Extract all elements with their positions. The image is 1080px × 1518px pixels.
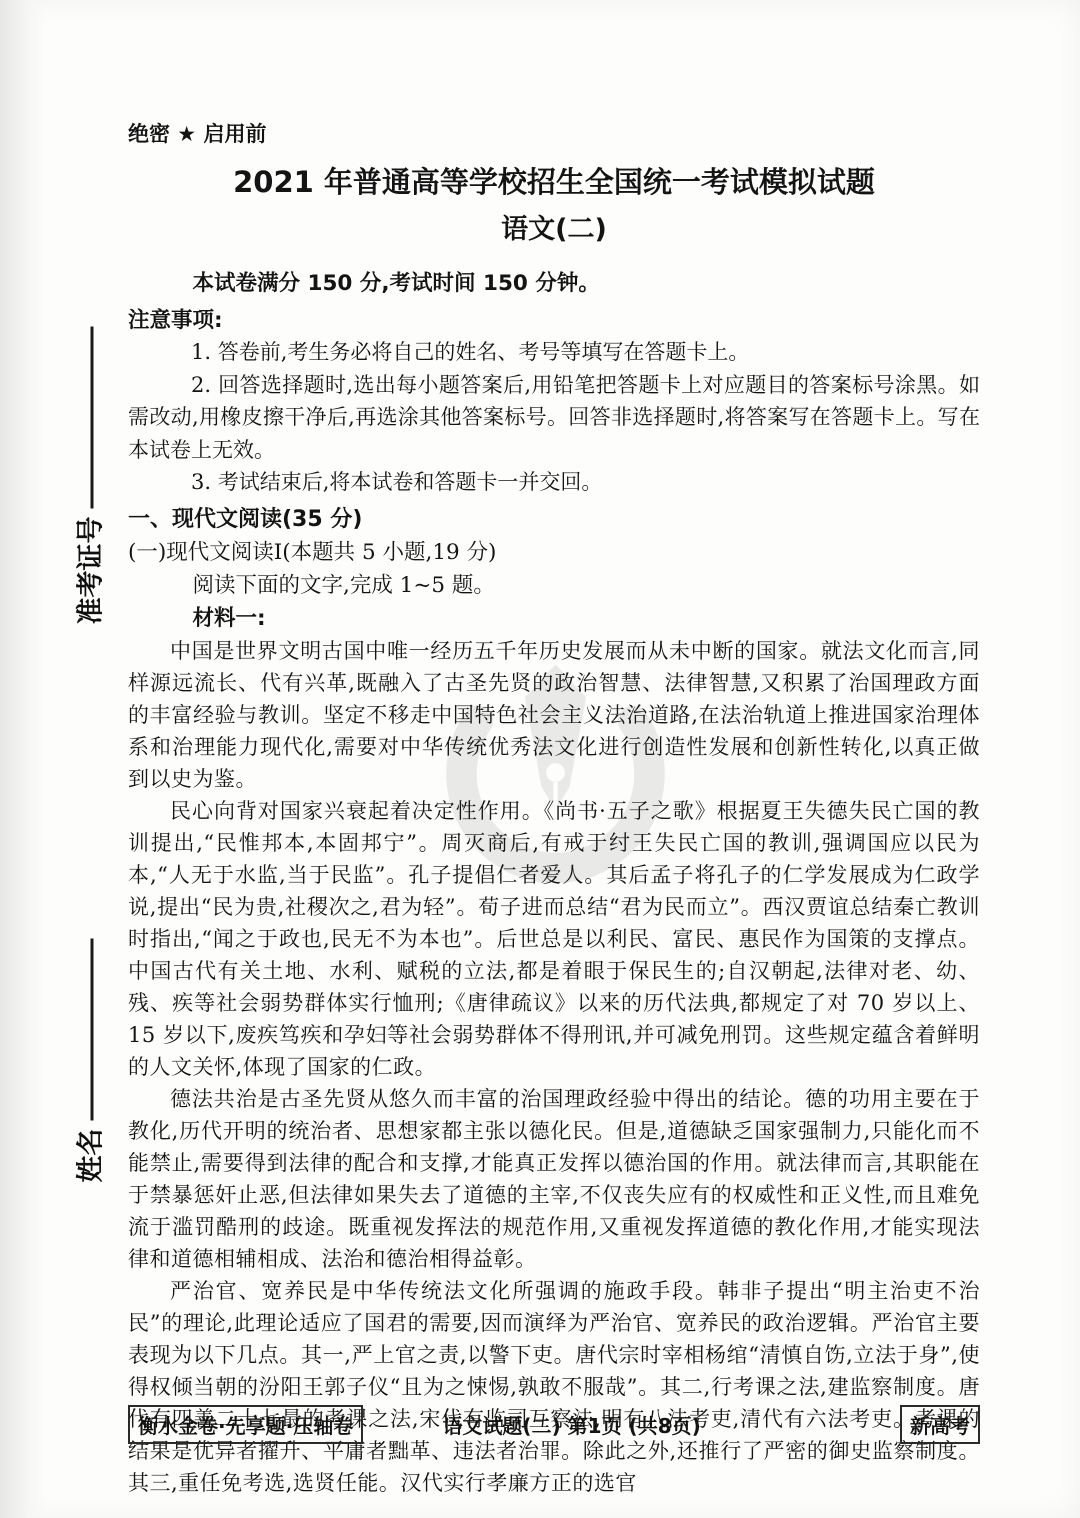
page-footer: 衡水金卷·先享题·压轴卷 语文试题(二) 第1页 (共8页) 新高考 [128, 1405, 980, 1444]
name-field: 姓名 [69, 921, 108, 1201]
material-paragraph-1: 中国是世界文明古国中唯一经历五千年历史发展而从未中断的国家。就法文化而言,同样源… [128, 635, 980, 795]
exam-number-blank-line [91, 327, 94, 509]
exam-type-badge: 新高考 [900, 1405, 980, 1444]
exam-title: 2021 年普通高等学校招生全国统一考试模拟试题 [128, 160, 980, 201]
material-one-label: 材料一: [128, 602, 980, 635]
section-one-heading: 一、现代文阅读(35 分) [128, 503, 980, 536]
security-classification-label: 绝密 ★ 启用前 [128, 118, 980, 148]
page-content: 绝密 ★ 启用前 2021 年普通高等学校招生全国统一考试模拟试题 语文(二) … [128, 118, 980, 1499]
exam-number-field: 准考证号 [69, 311, 108, 641]
section-one-subheading: (一)现代文阅读Ⅰ(本题共 5 小题,19 分) [128, 536, 980, 569]
notice-item-1: 1. 答卷前,考生务必将自己的姓名、考号等填写在答题卡上。 [128, 336, 980, 369]
notice-heading: 注意事项: [128, 303, 980, 334]
page-left-edge-shading [0, 0, 46, 1518]
page-number-info: 语文试题(二) 第1页 (共8页) [442, 1410, 700, 1439]
exam-number-label: 准考证号 [69, 517, 108, 625]
name-label: 姓名 [69, 1129, 108, 1183]
exam-subject-title: 语文(二) [128, 207, 980, 246]
reading-instruction: 阅读下面的文字,完成 1~5 题。 [128, 569, 980, 602]
material-paragraph-2: 民心向背对国家兴衰起着决定性作用。《尚书·五子之歌》根据夏王失德失民亡国的教训提… [128, 795, 980, 1083]
notice-item-2: 2. 回答选择题时,选出每小题答案后,用铅笔把答题卡上对应题目的答案标号涂黑。如… [128, 369, 980, 467]
material-paragraph-3: 德法共治是古圣先贤从悠久而丰富的治国理政经验中得出的结论。德的功用主要在于教化,… [128, 1083, 980, 1275]
name-blank-line [91, 939, 94, 1121]
notice-item-3: 3. 考试结束后,将本试卷和答题卡一并交回。 [128, 466, 980, 499]
exam-paper-page: 准考证号 姓名 绝密 ★ 启用前 2021 年普通高等学校招生全国统一考试模拟试… [0, 0, 1080, 1518]
exam-info-line: 本试卷满分 150 分,考试时间 150 分钟。 [128, 266, 980, 297]
brand-badge: 衡水金卷·先享题·压轴卷 [128, 1405, 363, 1444]
material-paragraph-4: 严治官、宽养民是中华传统法文化所强调的施政手段。韩非子提出“明主治吏不治民”的理… [128, 1275, 980, 1499]
